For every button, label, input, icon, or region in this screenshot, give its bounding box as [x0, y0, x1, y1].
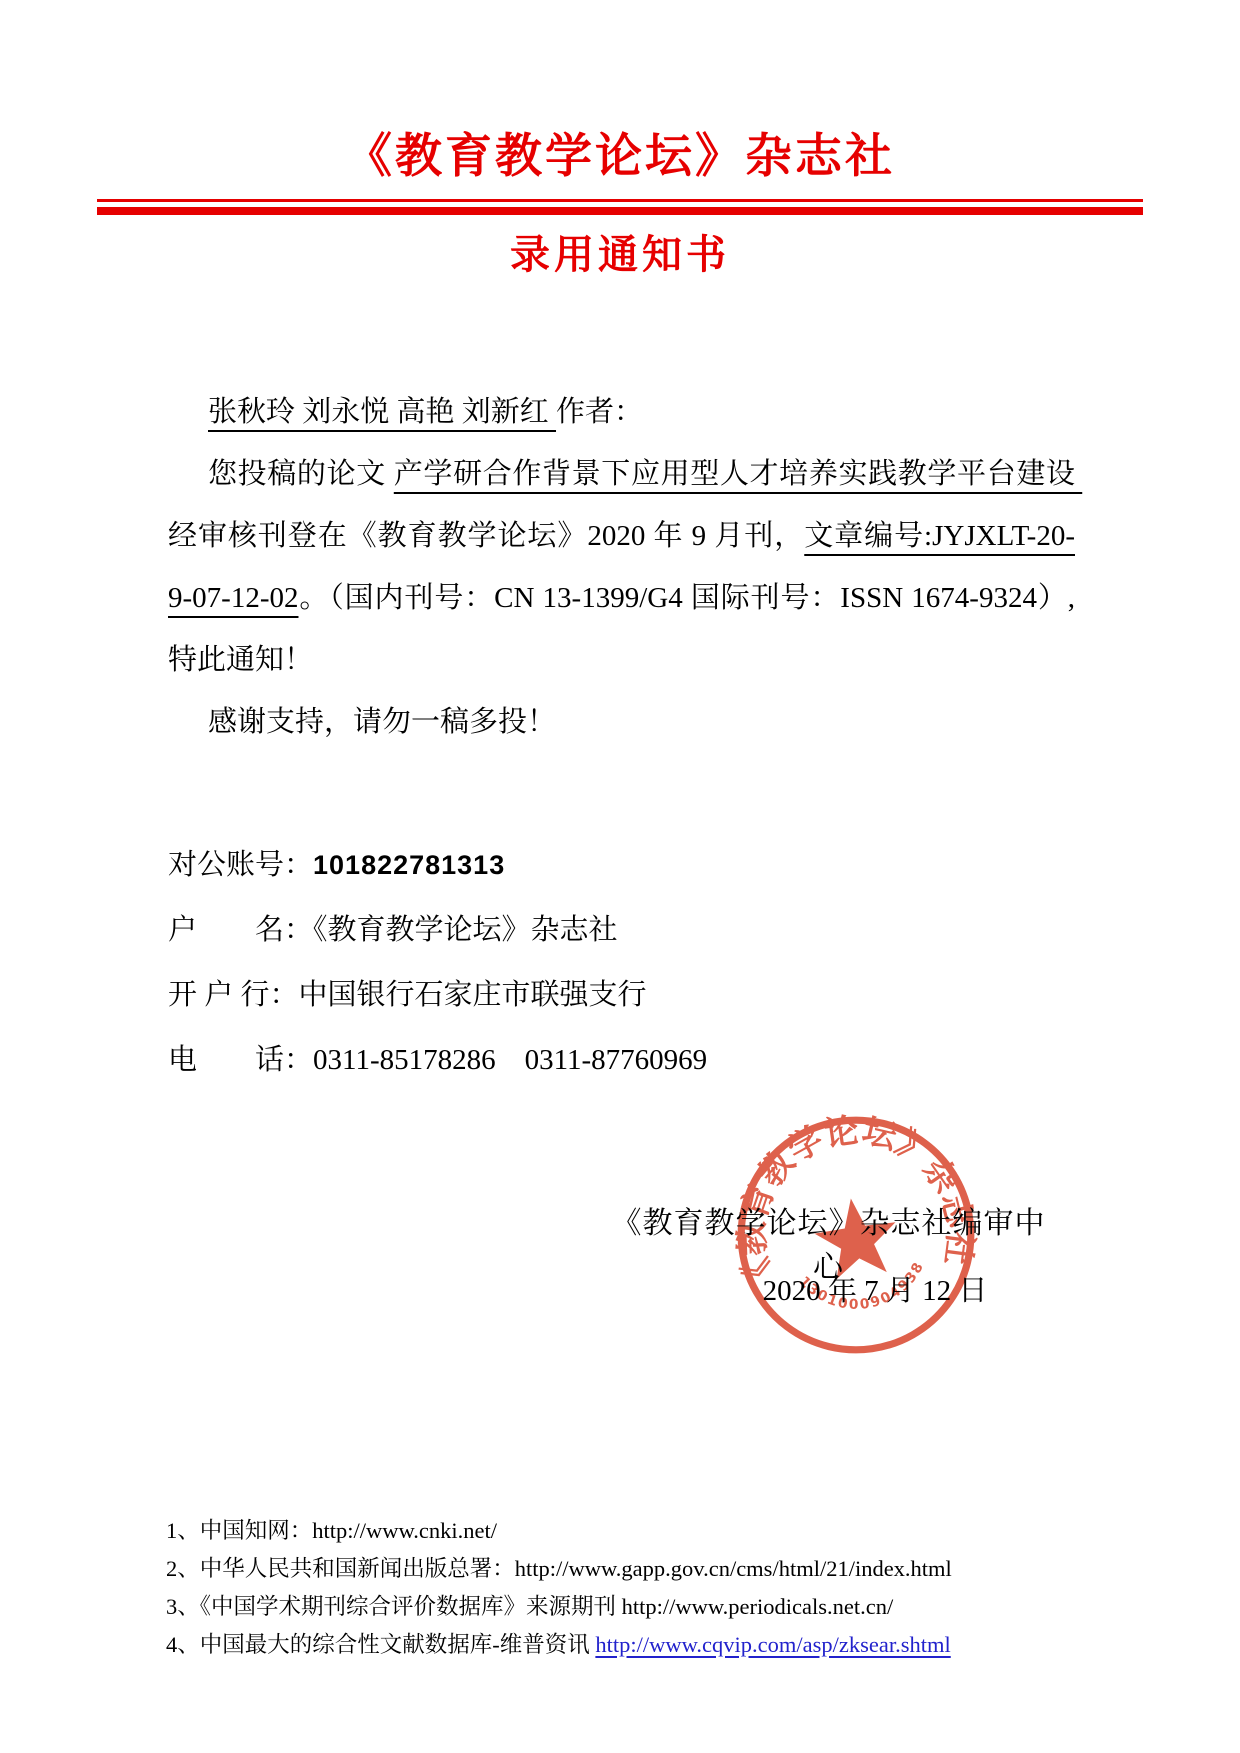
- bank-label: 开 户 行：: [168, 979, 299, 1011]
- footer-item-gapp-label: 2、中华人民共和国新闻出版总署：: [166, 1556, 515, 1581]
- footer-item-periodicals-url: http://www.periodicals.net.cn/: [622, 1594, 894, 1619]
- body-seg5: 。（国内刊号：CN 13-1399/G4 国际刊号：ISSN 1674-9324…: [168, 582, 1075, 676]
- body-paragraph: 您投稿的论文 产学研合作背景下应用型人才培养实践教学平台建设 经审核刊登在《教育…: [168, 443, 1075, 691]
- footer-item-cnki-url: http://www.cnki.net/: [312, 1518, 497, 1543]
- paper-title: 产学研合作背景下应用型人才培养实践教学平台建设: [394, 458, 1082, 490]
- acceptance-letter-page: 《教育教学论坛》杂志社 录用通知书 张秋玲 刘永悦 高艳 刘新红 作者： 您投稿…: [0, 0, 1240, 1753]
- salutation-suffix: 作者：: [556, 396, 643, 428]
- signature-date: 2020 年 7 月 12 日: [735, 1268, 1015, 1309]
- account-name-label: 户 名：: [168, 914, 313, 946]
- page-title: 《教育教学论坛》杂志社: [0, 128, 1240, 187]
- thanks-line: 感谢支持，请勿一稿多投！: [168, 691, 1075, 753]
- salutation-line: 张秋玲 刘永悦 高艳 刘新红 作者：: [168, 381, 1075, 443]
- account-name-row: 户 名：《教育教学论坛》杂志社: [168, 898, 1075, 963]
- letter-header: 《教育教学论坛》杂志社 录用通知书: [0, 128, 1240, 281]
- letter-body: 张秋玲 刘永悦 高艳 刘新红 作者： 您投稿的论文 产学研合作背景下应用型人才培…: [168, 381, 1075, 753]
- footer-item-cnki-label: 1、中国知网：: [166, 1518, 312, 1543]
- footer-item-cqvip-label: 4、中国最大的综合性文献数据库-维普资讯: [166, 1632, 595, 1657]
- footer-item-periodicals-label: 3、《中国学术期刊综合评价数据库》来源期刊: [166, 1594, 622, 1619]
- letter-subtitle: 录用通知书: [0, 229, 1240, 281]
- account-number-row: 对公账号：101822781313: [168, 833, 1075, 898]
- footer-item-cqvip-link[interactable]: http://www.cqvip.com/asp/zksear.shtml: [595, 1632, 950, 1657]
- account-number-label: 对公账号：: [168, 849, 313, 881]
- footer-references: 1、中国知网：http://www.cnki.net/ 2、中华人民共和国新闻出…: [166, 1512, 1130, 1664]
- divider-thick-line: [97, 207, 1143, 215]
- body-seg3: 经审核刊登在《教育教学论坛》2020 年 9 月刊，: [168, 520, 804, 552]
- footer-item-periodicals: 3、《中国学术期刊综合评价数据库》来源期刊 http://www.periodi…: [166, 1588, 1130, 1626]
- footer-item-gapp: 2、中华人民共和国新闻出版总署：http://www.gapp.gov.cn/c…: [166, 1550, 1130, 1588]
- account-number-value: 101822781313: [313, 850, 505, 880]
- footer-item-cqvip: 4、中国最大的综合性文献数据库-维普资讯 http://www.cqvip.co…: [166, 1626, 1130, 1664]
- bank-row: 开 户 行：中国银行石家庄市联强支行: [168, 963, 1075, 1028]
- account-name-value: 《教育教学论坛》杂志社: [313, 914, 618, 946]
- footer-item-gapp-url: http://www.gapp.gov.cn/cms/html/21/index…: [515, 1556, 952, 1581]
- account-info: 对公账号：101822781313 户 名：《教育教学论坛》杂志社 开 户 行：…: [168, 833, 1075, 1093]
- phone-value: 0311-85178286 0311-87760969: [313, 1044, 707, 1076]
- author-names: 张秋玲 刘永悦 高艳 刘新红: [208, 396, 556, 428]
- body-seg1: 您投稿的论文: [208, 458, 394, 490]
- footer-item-cnki: 1、中国知网：http://www.cnki.net/: [166, 1512, 1130, 1550]
- phone-label: 电 话：: [168, 1044, 313, 1076]
- title-divider: [97, 199, 1143, 215]
- bank-value: 中国银行石家庄市联强支行: [299, 979, 647, 1011]
- phone-row: 电 话：0311-85178286 0311-87760969: [168, 1028, 1075, 1093]
